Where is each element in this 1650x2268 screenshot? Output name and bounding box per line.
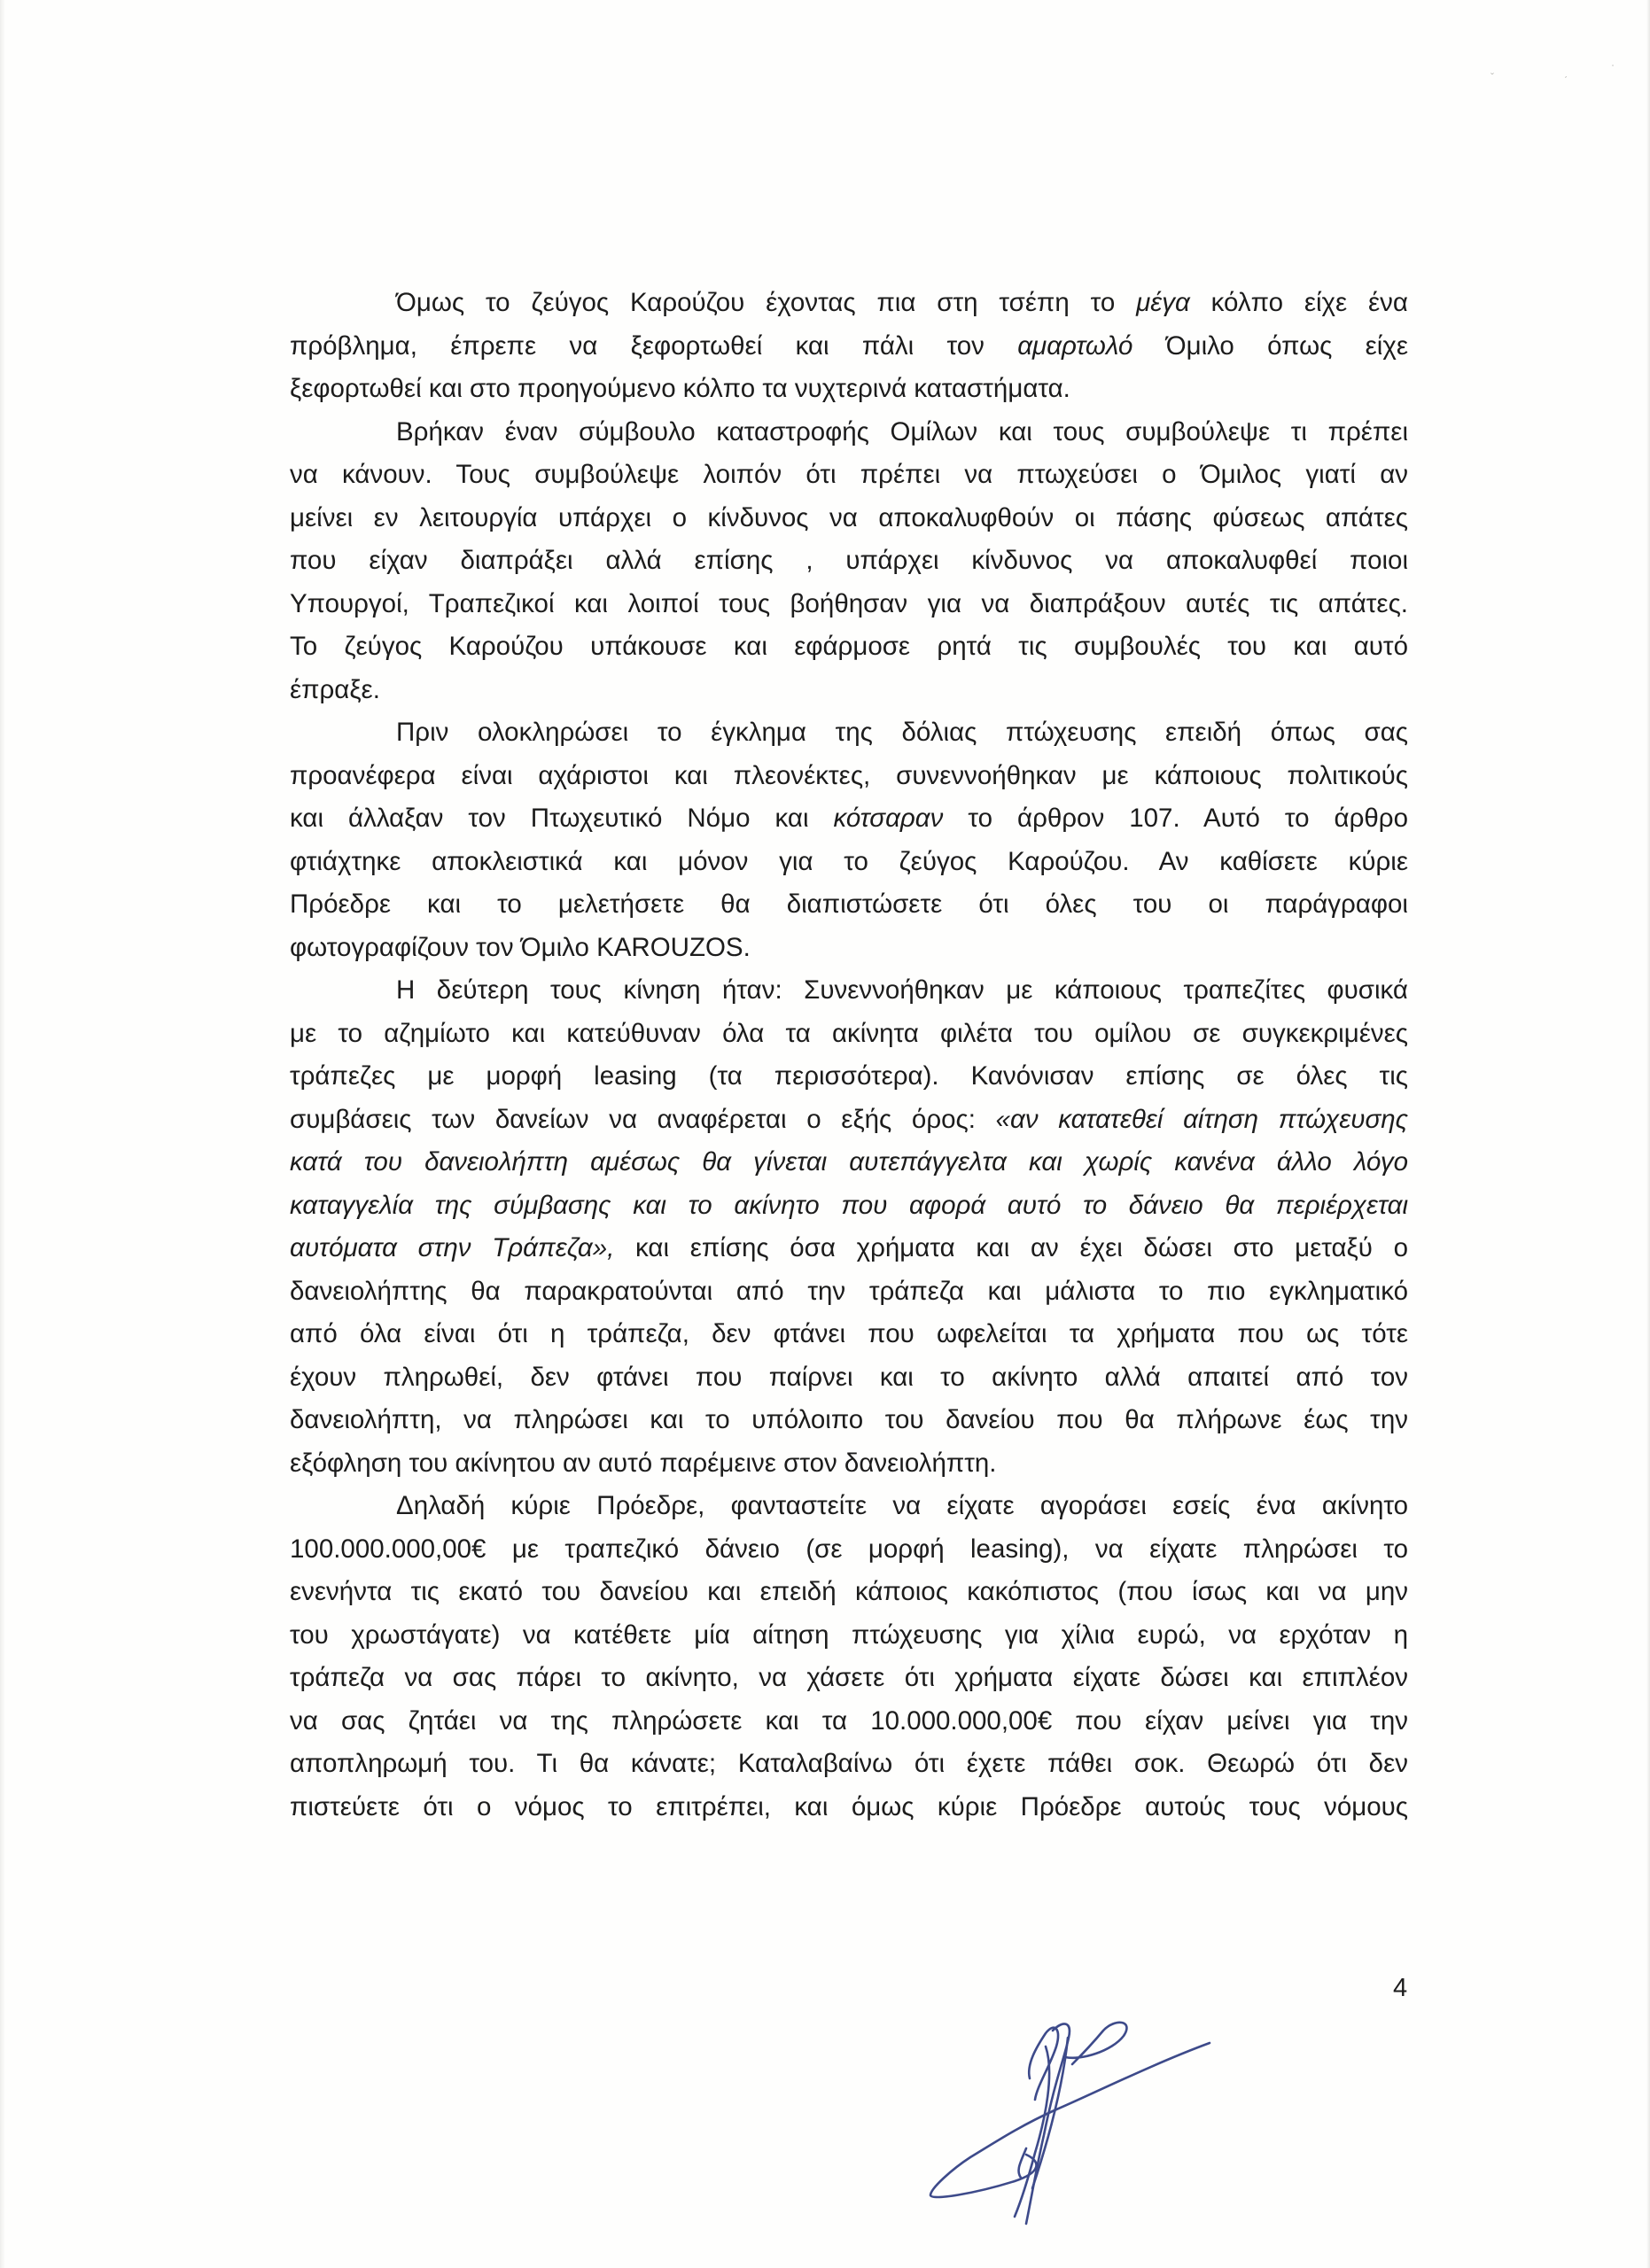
text-line: του χρωστάγατε) να κατέθετε μία αίτηση π…: [290, 1614, 1408, 1658]
text-line: ενενήντα τις εκατό του δανείου και επειδ…: [290, 1571, 1408, 1614]
paragraph: Βρήκαν έναν σύμβουλο καταστροφής Ομίλων …: [290, 411, 1408, 712]
text-line: έχουν πληρωθεί, δεν φτάνει που παίρνει κ…: [290, 1356, 1408, 1400]
scan-edge-left: [0, 0, 5, 2268]
text-run: κόλπο είχε ένα: [1190, 288, 1408, 317]
text-line: να σας ζητάει να της πληρώσετε και τα 10…: [290, 1700, 1408, 1744]
text-line: τράπεζα να σας πάρει το ακίνητο, να χάσε…: [290, 1657, 1408, 1700]
italic-text: κατά του δανειολήπτη αμέσως θα γίνεται α…: [290, 1147, 1408, 1177]
scan-artifact-mark: ·: [1611, 58, 1615, 71]
text-run: συμβάσεις των δανείων να αναφέρεται ο εξ…: [290, 1105, 996, 1134]
text-line: Η δεύτερη τους κίνηση ήταν: Συνεννοήθηκα…: [290, 969, 1408, 1013]
paragraph: Πριν ολοκληρώσει το έγκλημα της δόλιας π…: [290, 711, 1408, 969]
text-run: φτιάχτηκε αποκλειστικά και μόνον για το …: [290, 847, 1408, 876]
text-run: Το ζεύγος Καρούζου υπάκουσε και εφάρμοσε…: [290, 632, 1408, 661]
text-line: Πριν ολοκληρώσει το έγκλημα της δόλιας π…: [290, 711, 1408, 755]
text-run: το άρθρον 107. Αυτό το άρθρο: [943, 804, 1408, 833]
text-line: 100.000.000,00€ με τραπεζικό δάνειο (σε …: [290, 1528, 1408, 1572]
text-line: πρόβλημα, έπρεπε να ξεφορτωθεί και πάλι …: [290, 325, 1408, 369]
paragraph: Όμως το ζεύγος Καρούζου έχοντας πια στη …: [290, 282, 1408, 411]
text-run: δανειολήπτης θα παρακρατούνται από την τ…: [290, 1277, 1408, 1306]
text-line: πιστεύετε ότι ο νόμος το επιτρέπει, και …: [290, 1786, 1408, 1829]
text-run: έπραξε.: [290, 675, 380, 704]
italic-text: κότσαραν: [834, 804, 944, 833]
text-line: έπραξε.: [290, 669, 1408, 712]
text-line: καταγγελία της σύμβασης και το ακίνητο π…: [290, 1184, 1408, 1228]
text-run: Η δεύτερη τους κίνηση ήταν: Συνεννοήθηκα…: [396, 975, 1408, 1005]
handwritten-signature-icon: [922, 2011, 1223, 2241]
text-run: φωτογραφίζουν τον Όμιλο KAROUZOS.: [290, 933, 751, 962]
text-run: να σας ζητάει να της πληρώσετε και τα 10…: [290, 1706, 1408, 1736]
text-line: Το ζεύγος Καρούζου υπάκουσε και εφάρμοσε…: [290, 625, 1408, 669]
scan-edge-right: [1646, 0, 1650, 2268]
text-run: και επίσης όσα χρήματα και αν έχει δώσει…: [614, 1233, 1408, 1262]
text-line: προανέφερα είναι αχάριστοι και πλεονέκτε…: [290, 755, 1408, 798]
text-run: έχουν πληρωθεί, δεν φτάνει που παίρνει κ…: [290, 1363, 1408, 1392]
paragraph: Η δεύτερη τους κίνηση ήταν: Συνεννοήθηκα…: [290, 969, 1408, 1485]
text-line: φωτογραφίζουν τον Όμιλο KAROUZOS.: [290, 927, 1408, 970]
text-run: τράπεζα να σας πάρει το ακίνητο, να χάσε…: [290, 1663, 1408, 1692]
text-run: πιστεύετε ότι ο νόμος το επιτρέπει, και …: [290, 1792, 1408, 1821]
text-run: Δηλαδή κύριε Πρόεδρε, φανταστείτε να είχ…: [396, 1491, 1408, 1520]
text-run: μείνει εν λειτουργία υπάρχει ο κίνδυνος …: [290, 503, 1408, 532]
text-line: Βρήκαν έναν σύμβουλο καταστροφής Ομίλων …: [290, 411, 1408, 454]
text-line: Πρόεδρε και το μελετήσετε θα διαπιστώσετ…: [290, 883, 1408, 927]
italic-text: αμαρτωλό: [1017, 331, 1132, 361]
text-line: τράπεζες με μορφή leasing (τα περισσότερ…: [290, 1055, 1408, 1099]
text-line: που είχαν διαπράξει αλλά επίσης , υπάρχε…: [290, 540, 1408, 583]
text-run: Πριν ολοκληρώσει το έγκλημα της δόλιας π…: [396, 718, 1408, 747]
text-run: πρόβλημα, έπρεπε να ξεφορτωθεί και πάλι …: [290, 331, 1017, 361]
page-number: 4: [1393, 1972, 1407, 2004]
text-run: με το αζημίωτο και κατεύθυναν όλα τα ακί…: [290, 1019, 1408, 1048]
text-line: φτιάχτηκε αποκλειστικά και μόνον για το …: [290, 841, 1408, 884]
text-run: ενενήντα τις εκατό του δανείου και επειδ…: [290, 1577, 1408, 1606]
document-page: ˇ ˊ · Όμως το ζεύγος Καρούζου έχοντας πι…: [0, 0, 1650, 2268]
text-line: μείνει εν λειτουργία υπάρχει ο κίνδυνος …: [290, 497, 1408, 540]
text-run: ξεφορτωθεί και στο προηγούμενο κόλπο τα …: [290, 374, 1070, 403]
text-line: ξεφορτωθεί και στο προηγούμενο κόλπο τα …: [290, 368, 1408, 411]
text-run: του χρωστάγατε) να κατέθετε μία αίτηση π…: [290, 1620, 1408, 1650]
paragraph: Δηλαδή κύριε Πρόεδρε, φανταστείτε να είχ…: [290, 1485, 1408, 1829]
text-run: δανειολήπτη, να πληρώσει και το υπόλοιπο…: [290, 1405, 1408, 1434]
scan-artifact-mark: ˇ: [1490, 71, 1494, 83]
document-body: Όμως το ζεύγος Καρούζου έχοντας πια στη …: [290, 282, 1408, 1829]
text-line: Υπουργοί, Τραπεζικοί και λοιποί τους βοή…: [290, 583, 1408, 626]
text-run: να κάνουν. Τους συμβούλεψε λοιπόν ότι πρ…: [290, 460, 1408, 489]
text-run: που είχαν διαπράξει αλλά επίσης , υπάρχε…: [290, 546, 1408, 575]
text-run: προανέφερα είναι αχάριστοι και πλεονέκτε…: [290, 761, 1408, 790]
text-run: αποπληρωμή του. Τι θα κάνατε; Καταλαβαίν…: [290, 1749, 1408, 1778]
text-run: Πρόεδρε και το μελετήσετε θα διαπιστώσετ…: [290, 889, 1408, 919]
text-line: αυτόματα στην Τράπεζα», και επίσης όσα χ…: [290, 1227, 1408, 1270]
italic-text: μέγα: [1136, 288, 1190, 317]
text-line: δανειολήπτης θα παρακρατούνται από την τ…: [290, 1270, 1408, 1314]
text-run: και άλλαξαν τον Πτωχευτικό Νόμο και: [290, 804, 834, 833]
text-run: Όμιλο όπως είχε: [1132, 331, 1408, 361]
text-line: αποπληρωμή του. Τι θα κάνατε; Καταλαβαίν…: [290, 1743, 1408, 1786]
text-line: με το αζημίωτο και κατεύθυναν όλα τα ακί…: [290, 1013, 1408, 1056]
italic-text: καταγγελία της σύμβασης και το ακίνητο π…: [290, 1191, 1408, 1220]
text-run: από όλα είναι ότι η τράπεζα, δεν φτάνει …: [290, 1319, 1408, 1348]
text-line: Δηλαδή κύριε Πρόεδρε, φανταστείτε να είχ…: [290, 1485, 1408, 1528]
text-line: Όμως το ζεύγος Καρούζου έχοντας πια στη …: [290, 282, 1408, 325]
text-line: από όλα είναι ότι η τράπεζα, δεν φτάνει …: [290, 1313, 1408, 1356]
text-line: να κάνουν. Τους συμβούλεψε λοιπόν ότι πρ…: [290, 454, 1408, 497]
text-line: δανειολήπτη, να πληρώσει και το υπόλοιπο…: [290, 1399, 1408, 1442]
scan-artifact-mark: ˊ: [1564, 74, 1568, 87]
text-line: κατά του δανειολήπτη αμέσως θα γίνεται α…: [290, 1141, 1408, 1184]
italic-text: «αν κατατεθεί αίτηση πτώχευσης: [996, 1105, 1408, 1134]
text-run: τράπεζες με μορφή leasing (τα περισσότερ…: [290, 1061, 1408, 1091]
text-run: εξόφληση του ακίνητου αν αυτό παρέμεινε …: [290, 1449, 996, 1478]
text-run: Βρήκαν έναν σύμβουλο καταστροφής Ομίλων …: [396, 417, 1408, 447]
italic-text: αυτόματα στην Τράπεζα»,: [290, 1233, 614, 1262]
text-run: Όμως το ζεύγος Καρούζου έχοντας πια στη …: [396, 288, 1136, 317]
text-line: και άλλαξαν τον Πτωχευτικό Νόμο και κότσ…: [290, 797, 1408, 841]
text-line: συμβάσεις των δανείων να αναφέρεται ο εξ…: [290, 1099, 1408, 1142]
text-run: 100.000.000,00€ με τραπεζικό δάνειο (σε …: [290, 1534, 1408, 1564]
text-run: Υπουργοί, Τραπεζικοί και λοιποί τους βοή…: [290, 589, 1408, 618]
text-line: εξόφληση του ακίνητου αν αυτό παρέμεινε …: [290, 1442, 1408, 1486]
